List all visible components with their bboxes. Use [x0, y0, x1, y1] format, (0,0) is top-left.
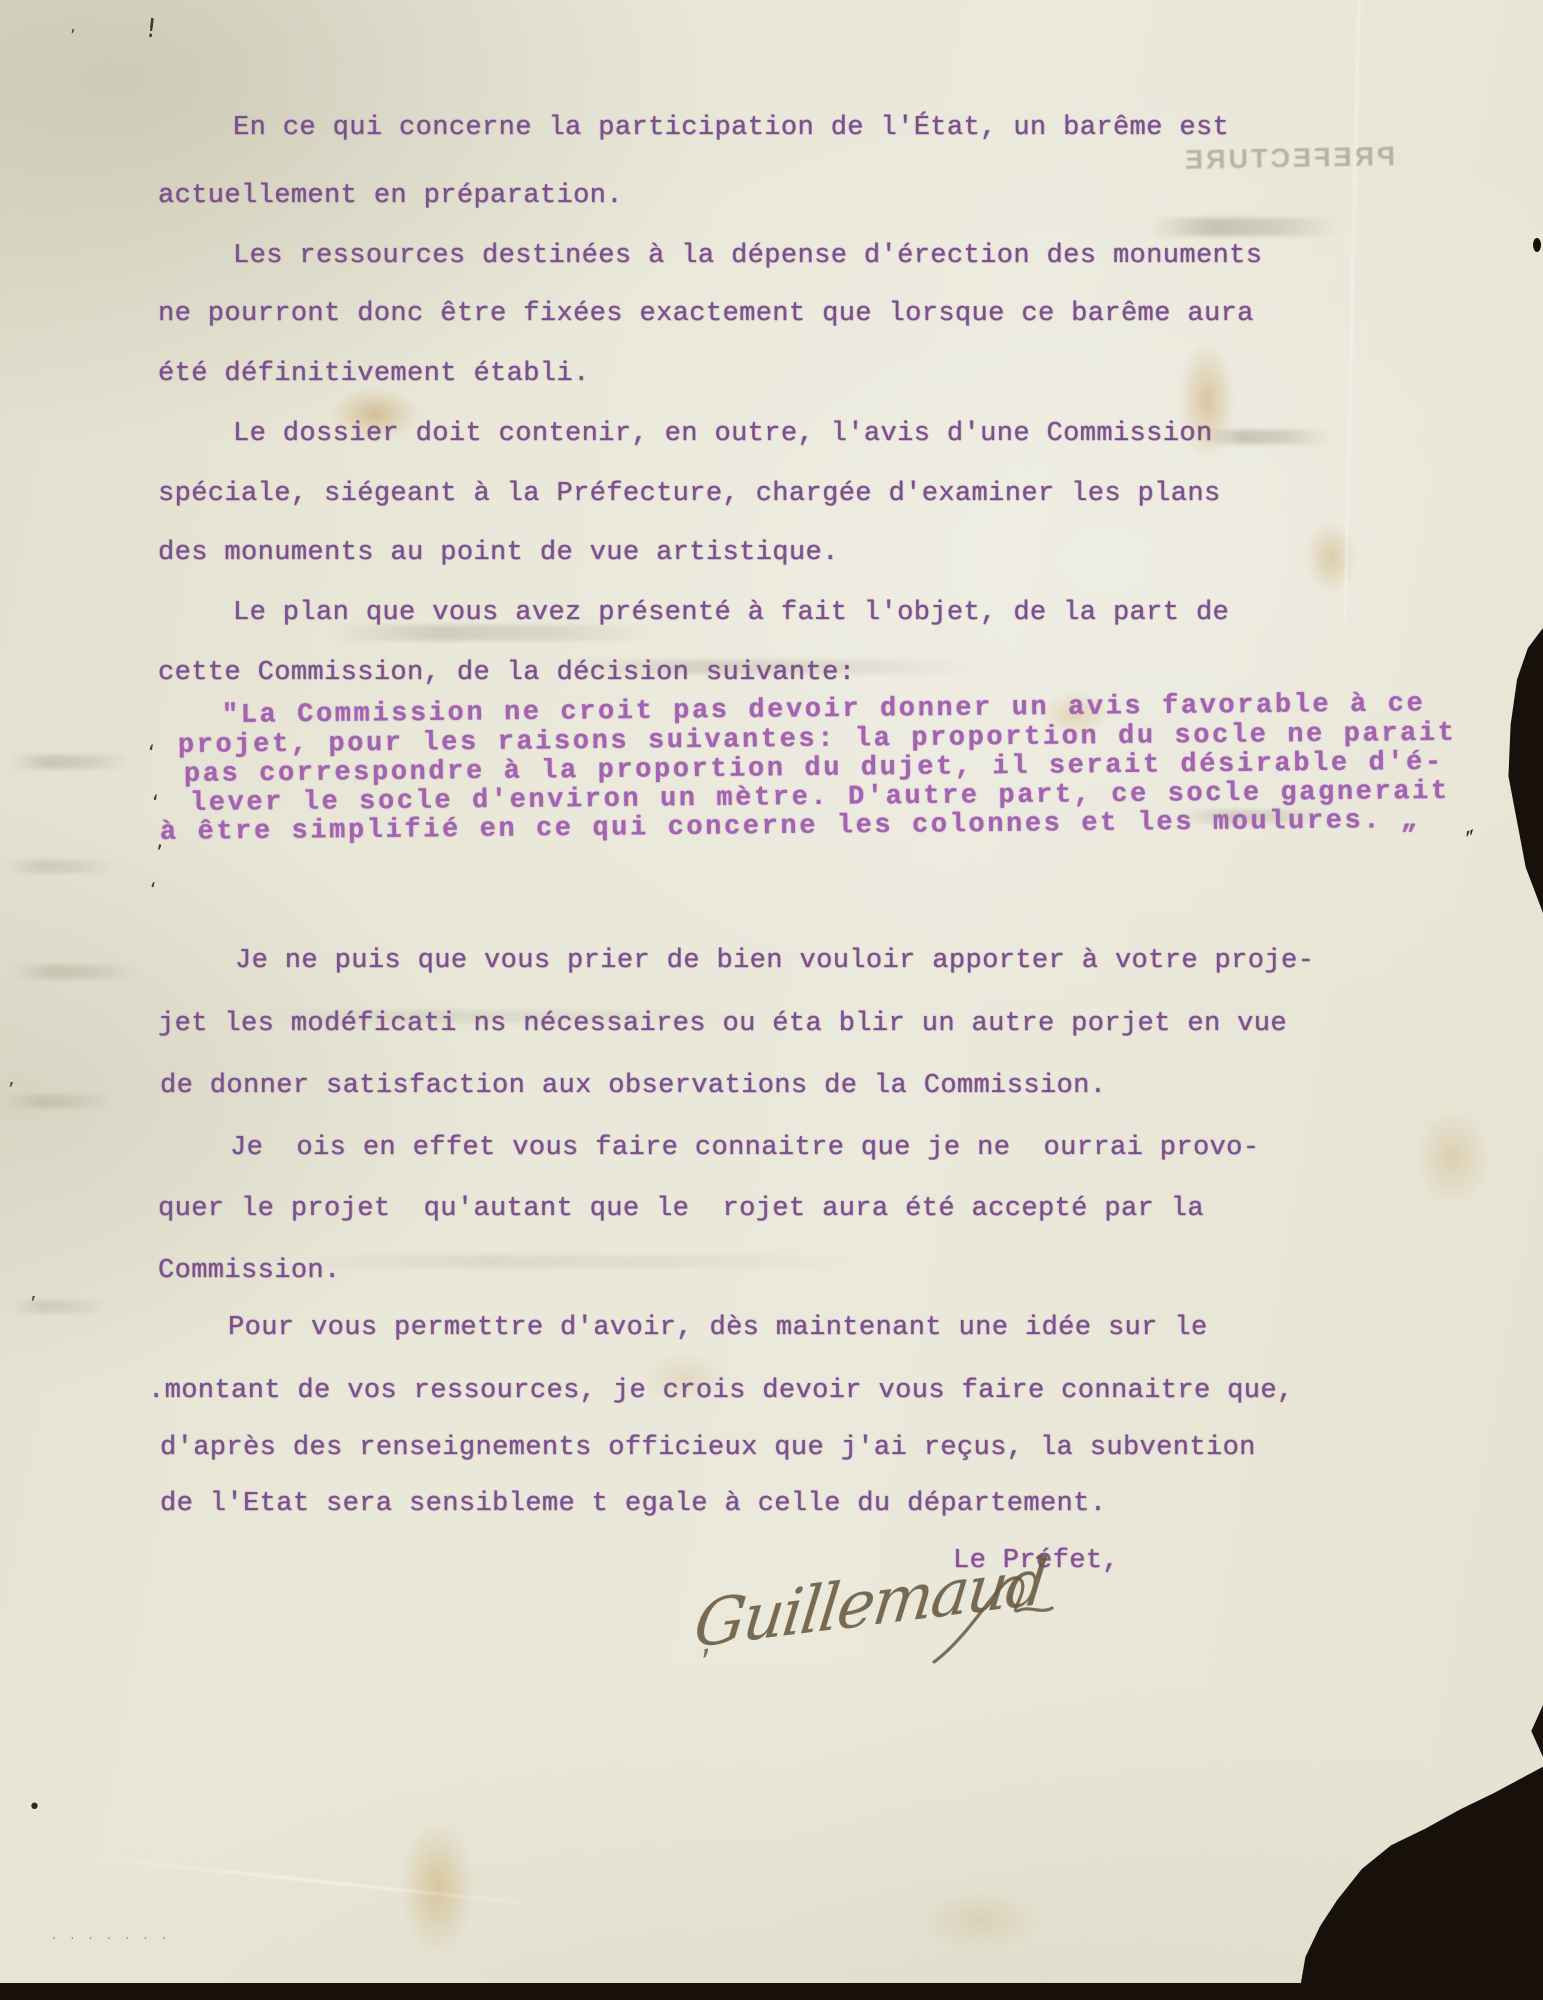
letter-line: jet les modéficati ns nécessaires ou éta… — [158, 1008, 1287, 1040]
ink-speck: ’ — [30, 1292, 36, 1316]
bleedthrough-line — [12, 965, 137, 979]
letter-line: de donner satisfaction aux observations … — [160, 1070, 1106, 1102]
ink-speck: ‘ — [152, 792, 159, 817]
signature-flourish-icon — [930, 1570, 1060, 1680]
ink-speck: ’ — [70, 26, 76, 47]
bleedthrough-line — [4, 1095, 114, 1108]
letter-line: Les ressources destinées à la dépense d'… — [233, 240, 1262, 272]
bleedthrough-line — [10, 755, 130, 769]
paper-stain — [1415, 1110, 1490, 1205]
ink-speck: ″ — [1463, 825, 1482, 857]
paper-stain — [1305, 520, 1357, 595]
bleedthrough-line — [5, 860, 115, 873]
paper-stain — [400, 1820, 475, 1955]
letter-line: spéciale, siégeant à la Préfecture, char… — [158, 478, 1221, 510]
ink-speck: ’ — [8, 1078, 14, 1102]
bleedthrough-line — [300, 1255, 860, 1268]
bleedthrough-line — [1200, 430, 1330, 444]
letter-line: des monuments au point de vue artistique… — [158, 537, 839, 569]
letter-line: ne pourront donc être fixées exactement … — [158, 298, 1254, 330]
paper-crease — [1343, 0, 1361, 620]
top-margin-mark: ! — [144, 14, 158, 45]
torn-corner-bottom-right — [1298, 1762, 1543, 2000]
letter-line: En ce qui concerne la participation de l… — [233, 112, 1229, 144]
letter-line: Je ne puis que vous prier de bien vouloi… — [235, 945, 1314, 977]
ink-speck: • — [28, 1795, 41, 1820]
letter-line: Commission. — [158, 1255, 341, 1287]
paper-crease — [61, 1853, 578, 1910]
bottom-dots: . . . . . . . — [52, 1928, 171, 1943]
right-edge-nick — [1530, 1705, 1543, 1757]
ink-speck: ‘ — [150, 878, 156, 902]
letter-line: Le plan que vous avez présenté à fait l'… — [233, 597, 1229, 629]
letter-line: actuellement en préparation. — [158, 180, 623, 212]
letter-line: .montant de vos ressources, je crois dev… — [148, 1375, 1294, 1407]
letter-line: Le dossier doit contenir, en outre, l'av… — [233, 418, 1213, 450]
right-edge-speck — [1533, 238, 1541, 252]
ink-speck: ‘ — [148, 742, 155, 767]
bleedthrough-line — [10, 1300, 110, 1313]
letter-line: quer le projet qu'autant que le rojet au… — [158, 1193, 1204, 1225]
letter-line: Pour vous permettre d'avoir, dès mainten… — [228, 1312, 1208, 1344]
document-page: PREFECTURE ! ’ ‘ ‘ ’ ‘ ’ ’ • ″ . . . . .… — [0, 0, 1543, 2000]
letter-line: Je ois en effet vous faire connaitre que… — [230, 1132, 1259, 1164]
letter-line: de l'Etat sera sensibleme t egale à cell… — [160, 1488, 1106, 1520]
paper-stain — [920, 1890, 1040, 1950]
letter-line: d'après des renseignements officieux que… — [160, 1432, 1256, 1464]
bleedthrough-prefecture-text: PREFECTURE — [1182, 141, 1396, 176]
letter-line: été définitivement établi. — [158, 358, 590, 390]
letter-line: cette Commission, de la décision suivant… — [158, 657, 855, 689]
bleedthrough-line — [1150, 218, 1340, 236]
right-edge-tear — [1507, 628, 1543, 913]
bottom-edge-black-strip — [0, 1983, 1543, 2000]
